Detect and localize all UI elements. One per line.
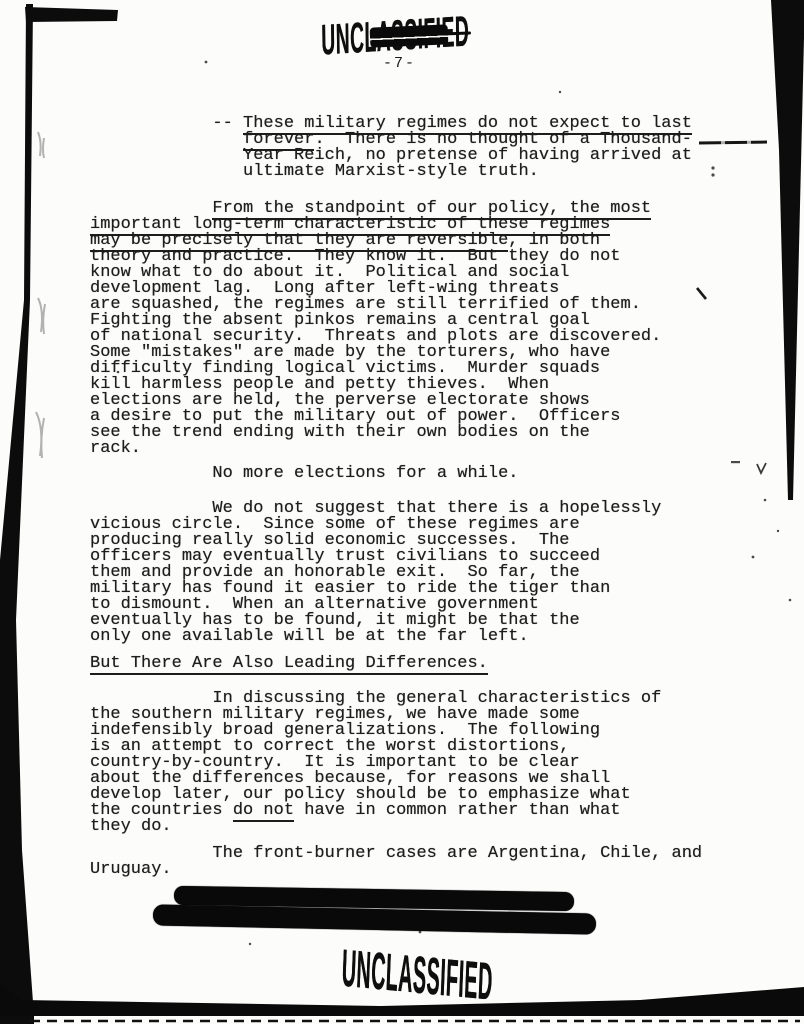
text-segment: have in common rather than what	[294, 801, 620, 820]
page-number: -7-	[383, 55, 416, 72]
text-line: only one available will be at the far le…	[90, 629, 661, 645]
paragraph-front-burner-cases: The front-burner cases are Argentina, Ch…	[90, 846, 702, 878]
text-segment: ultimate Marxist-style truth.	[90, 162, 539, 181]
text-segment: see the trend ending with their own bodi…	[90, 423, 590, 442]
right-scan-edge	[771, 0, 804, 500]
top-left-scan-mark	[25, 7, 118, 22]
paragraph-standpoint-of-policy: From the standpoint of our policy, the m…	[90, 201, 661, 457]
paragraph-no-more-elections: No more elections for a while.	[90, 466, 518, 482]
marker-strike-over-stamp	[370, 24, 449, 47]
text-line: the countries do not have in common rath…	[90, 803, 661, 819]
text-line: Uruguay.	[90, 862, 702, 878]
text-line: they do.	[90, 819, 661, 835]
section-heading-leading-differences: But There Are Also Leading Differences.	[90, 656, 488, 672]
pen-line-after-thousand	[699, 141, 767, 144]
underlined-text-segment: do not	[233, 801, 294, 822]
left-margin-scribbles	[36, 132, 45, 458]
text-line: No more elections for a while.	[90, 466, 518, 482]
left-scan-edge	[0, 4, 34, 1024]
paragraph-vicious-circle: We do not suggest that there is a hopele…	[90, 501, 661, 645]
scanned-document-page: UNCLASSIFIED -7- -- These military regim…	[0, 0, 804, 1024]
text-line: rack.	[90, 441, 661, 457]
text-line: But There Are Also Leading Differences.	[90, 656, 488, 672]
text-segment: rack.	[90, 439, 141, 458]
text-segment: they do.	[90, 817, 172, 836]
unclassified-stamp-bottom: UNCLASSIFIED	[341, 941, 494, 1008]
pen-tick-mark	[697, 288, 706, 299]
text-segment: The front-burner cases are Argentina, Ch…	[90, 844, 702, 863]
paragraph-broad-generalizations: In discussing the general characteristic…	[90, 691, 661, 835]
text-line: The front-burner cases are Argentina, Ch…	[90, 846, 702, 862]
bullet-paragraph-military-regimes: -- These military regimes do not expect …	[90, 116, 692, 180]
text-segment: Uruguay.	[90, 860, 172, 879]
check-mark-speck	[757, 463, 766, 473]
underlined-text-segment: But There Are Also Leading Differences.	[90, 654, 488, 675]
text-segment: only one available will be at the far le…	[90, 627, 529, 646]
text-segment: No more elections for a while.	[90, 464, 518, 483]
text-line: ultimate Marxist-style truth.	[90, 164, 692, 180]
text-line: see the trend ending with their own bodi…	[90, 425, 661, 441]
